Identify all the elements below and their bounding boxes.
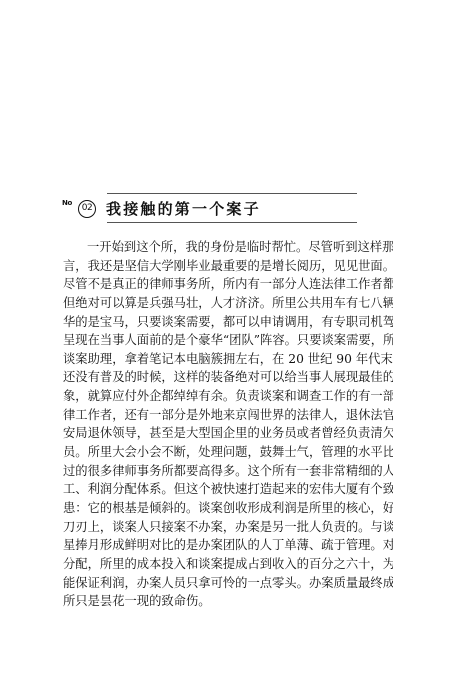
text-line: 律工作者，还有一部分是外地来京闯世界的法律人，退休法官，地方公 bbox=[63, 406, 393, 425]
header-rule-bottom bbox=[107, 222, 357, 223]
text-line: 一开始到这个所，我的身份是临时帮忙。尽管听到这样那样的传 bbox=[63, 238, 393, 257]
text-line: 但绝对可以算是兵强马壮，人才济济。所里公共用车有七八辆，最豪 bbox=[63, 294, 393, 313]
text-line: 华的是宝马，只要谈案需要，都可以申请调用，有专职司机驾驶，保证 bbox=[63, 313, 393, 332]
text-line: 象，就算应付外企都绰绰有余。负责谈案和调查工作的有一部分是法 bbox=[63, 387, 393, 406]
text-line: 言，我还是坚信大学刚毕业最重要的是增长阅历，见见世面。这家所 bbox=[63, 257, 393, 276]
text-line: 刀刃上，谈案人只接案不办案，办案是另一批人负责的。与谈案的众 bbox=[63, 518, 393, 537]
text-line: 呈现在当事人面前的是个豪华“团队”阵容。只要谈案需要，所里配备 bbox=[63, 331, 393, 350]
text-line: 所只是昙花一现的致命伤。 bbox=[63, 592, 393, 611]
text-line: 能保证利润，办案人员只拿可怜的一点零头。办案质量最终成了这个 bbox=[63, 574, 393, 593]
text-line: 谈案助理，拿着笔记本电脑簇拥左右，在 20 世纪 90 年代末便携电脑 bbox=[63, 350, 393, 369]
text-line: 尽管不是真正的律师事务所，所内有一部分人连法律工作者都不是， bbox=[63, 275, 393, 294]
text-line: 员。所里大会小会不断，处理问题，鼓舞士气，管理的水平比我后来见 bbox=[63, 443, 393, 462]
text-line: 安局退休领导，甚至是大型国企里的业务员或者曾经负责清欠的人 bbox=[63, 424, 393, 443]
text-line: 还没有普及的时候，这样的装备绝对可以给当事人展现最佳的专业形 bbox=[63, 368, 393, 387]
text-line: 星捧月形成鲜明对比的是办案团队的人丁单薄、疏于管理。对创收的 bbox=[63, 536, 393, 555]
chapter-number-label: No bbox=[62, 199, 72, 207]
text-line: 工、利润分配体系。但这个被快速打造起来的宏伟大厦有个致命的隐 bbox=[63, 480, 393, 499]
text-line: 分配，所里的成本投入和谈案提成占到收入的百分之六十，为了尽可 bbox=[63, 555, 393, 574]
text-line: 患：它的根基是倾斜的。谈案创收形成利润是所里的核心，好钢用在 bbox=[63, 499, 393, 518]
chapter-header: No 02 我接触的第一个案子 bbox=[62, 190, 362, 226]
header-rule-top bbox=[107, 193, 357, 194]
chapter-title: 我接触的第一个案子 bbox=[106, 199, 261, 219]
chapter-number-badge: 02 bbox=[78, 200, 96, 218]
body-paragraph: 一开始到这个所，我的身份是临时帮忙。尽管听到这样那样的传 言，我还是坚信大学刚毕… bbox=[63, 238, 393, 611]
text-line: 过的很多律师事务所都要高得多。这个所有一套非常精细的人员分 bbox=[63, 462, 393, 481]
book-page: No 02 我接触的第一个案子 一开始到这个所，我的身份是临时帮忙。尽管听到这样… bbox=[0, 0, 456, 698]
